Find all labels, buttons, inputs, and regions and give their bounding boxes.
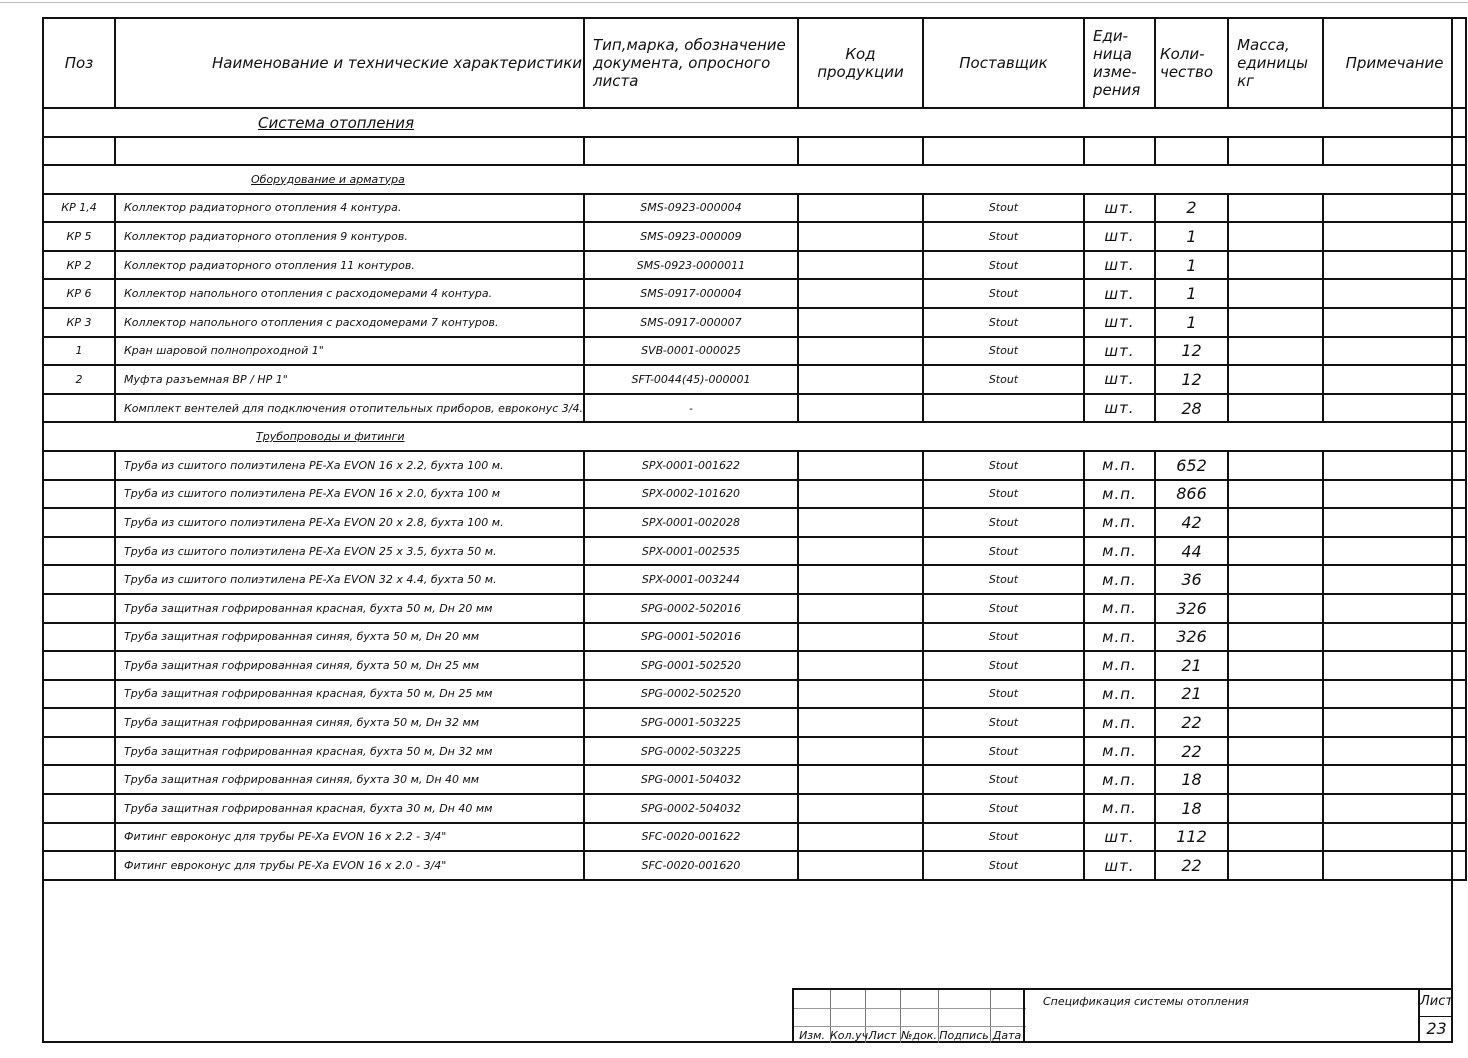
cell-mass bbox=[1228, 594, 1323, 623]
cell-pos bbox=[43, 794, 115, 823]
cell-mass bbox=[1228, 680, 1323, 709]
header-note: Примечание bbox=[1323, 18, 1466, 108]
cell-pos bbox=[43, 765, 115, 794]
cell-product-code bbox=[798, 708, 923, 737]
cell-qty: 22 bbox=[1155, 708, 1228, 737]
cell-supplier: Stout bbox=[923, 365, 1084, 394]
cell-qty: 21 bbox=[1155, 651, 1228, 680]
grid-line bbox=[794, 1008, 1026, 1009]
table-row: 1Кран шаровой полнопроходной 1"SVB-0001-… bbox=[43, 337, 1466, 366]
cell-pos: КР 1,4 bbox=[43, 194, 115, 223]
cell-unit: м.п. bbox=[1084, 737, 1155, 766]
table-row: Труба защитная гофрированная красная, бу… bbox=[43, 680, 1466, 709]
cell-qty: 18 bbox=[1155, 765, 1228, 794]
cell-note bbox=[1323, 337, 1466, 366]
cell-type: SMS-0917-000007 bbox=[584, 308, 798, 337]
cell-qty: 42 bbox=[1155, 508, 1228, 537]
header-qty: Коли- чество bbox=[1155, 18, 1228, 108]
cell-name: Труба защитная гофрированная красная, бу… bbox=[115, 794, 584, 823]
cell-note bbox=[1323, 565, 1466, 594]
cell-mass bbox=[1228, 651, 1323, 680]
cell-type: SPG-0001-503225 bbox=[584, 708, 798, 737]
cell-unit: шт. bbox=[1084, 851, 1155, 880]
table-row: Труба из сшитого полиэтилена PE-Xa EVON … bbox=[43, 537, 1466, 566]
revision-column-label: №док. bbox=[900, 1029, 938, 1042]
cell-note bbox=[1323, 480, 1466, 509]
system-title: Система отопления bbox=[258, 114, 414, 132]
grid-line bbox=[794, 1026, 1026, 1027]
cell-mass bbox=[1228, 365, 1323, 394]
cell-note bbox=[1323, 765, 1466, 794]
cell-type: SPX-0001-002028 bbox=[584, 508, 798, 537]
sheet-divider bbox=[1420, 1016, 1453, 1017]
cell-name: Коллектор радиаторного отопления 4 конту… bbox=[115, 194, 584, 223]
cell-unit: м.п. bbox=[1084, 708, 1155, 737]
cell-name: Коллектор радиаторного отопления 9 конту… bbox=[115, 222, 584, 251]
cell-unit: шт. bbox=[1084, 308, 1155, 337]
cell-name: Труба из сшитого полиэтилена PE-Xa EVON … bbox=[115, 480, 584, 509]
cell-pos bbox=[43, 537, 115, 566]
cell-pos: 2 bbox=[43, 365, 115, 394]
cell-type: SFT-0044(45)-000001 bbox=[584, 365, 798, 394]
cell-product-code bbox=[798, 680, 923, 709]
cell-name: Труба защитная гофрированная синяя, бухт… bbox=[115, 708, 584, 737]
revision-column-label: Дата bbox=[990, 1029, 1024, 1042]
header-code: Код продукции bbox=[798, 18, 923, 108]
cell-type: SFC-0020-001622 bbox=[584, 823, 798, 852]
cell-type: SPG-0002-503225 bbox=[584, 737, 798, 766]
cell-pos bbox=[43, 737, 115, 766]
cell-unit: шт. bbox=[1084, 279, 1155, 308]
revision-column-label: Изм. bbox=[794, 1029, 830, 1042]
cell-qty: 36 bbox=[1155, 565, 1228, 594]
cell-supplier: Stout bbox=[923, 337, 1084, 366]
table-row: КР 1,4Коллектор радиаторного отопления 4… bbox=[43, 194, 1466, 223]
cell-name: Коллектор радиаторного отопления 11 конт… bbox=[115, 251, 584, 280]
cell-name: Труба защитная гофрированная синяя, бухт… bbox=[115, 765, 584, 794]
cell-qty: 22 bbox=[1155, 737, 1228, 766]
cell-supplier: Stout bbox=[923, 451, 1084, 480]
cell-supplier: Stout bbox=[923, 480, 1084, 509]
cell-qty: 44 bbox=[1155, 537, 1228, 566]
cell-pos bbox=[43, 623, 115, 652]
cell-note bbox=[1323, 851, 1466, 880]
cell-note bbox=[1323, 365, 1466, 394]
cell-supplier: Stout bbox=[923, 222, 1084, 251]
cell-unit: шт. bbox=[1084, 222, 1155, 251]
cell-type: SPX-0001-002535 bbox=[584, 537, 798, 566]
cell-product-code bbox=[798, 737, 923, 766]
cell-mass bbox=[1228, 222, 1323, 251]
cell-product-code bbox=[798, 623, 923, 652]
section-title: Трубопроводы и фитинги bbox=[256, 430, 405, 443]
cell-mass bbox=[1228, 708, 1323, 737]
cell-name: Комплект вентелей для подключения отопит… bbox=[115, 394, 584, 423]
cell-unit: м.п. bbox=[1084, 651, 1155, 680]
cell-pos bbox=[43, 823, 115, 852]
cell-type: SVB-0001-000025 bbox=[584, 337, 798, 366]
cell-qty: 12 bbox=[1155, 337, 1228, 366]
cell-name: Кран шаровой полнопроходной 1" bbox=[115, 337, 584, 366]
cell-type: SPG-0002-504032 bbox=[584, 794, 798, 823]
sheet-number: 23 bbox=[1420, 1019, 1453, 1038]
cell-type: SMS-0917-000004 bbox=[584, 279, 798, 308]
sheet-box: Лист 23 bbox=[1418, 988, 1453, 1043]
cell-supplier: Stout bbox=[923, 308, 1084, 337]
table-header: Поз Наименование и технические характери… bbox=[43, 18, 1466, 108]
cell-product-code bbox=[798, 365, 923, 394]
cell-name: Труба из сшитого полиэтилена PE-Xa EVON … bbox=[115, 451, 584, 480]
cell-unit: шт. bbox=[1084, 337, 1155, 366]
cell-unit: м.п. bbox=[1084, 594, 1155, 623]
cell-type: SPG-0001-502520 bbox=[584, 651, 798, 680]
section-header-row: Трубопроводы и фитинги bbox=[43, 422, 1466, 451]
title-block: Изм.Кол.уч.Лист№док.ПодписьДата Специфик… bbox=[792, 988, 1453, 1043]
cell-product-code bbox=[798, 594, 923, 623]
cell-type: SFC-0020-001620 bbox=[584, 851, 798, 880]
cell-name: Фитинг евроконус для трубы PE-Xa EVON 16… bbox=[115, 823, 584, 852]
cell-product-code bbox=[798, 823, 923, 852]
cell-unit: м.п. bbox=[1084, 451, 1155, 480]
cell-pos bbox=[43, 651, 115, 680]
table-row: Труба защитная гофрированная синяя, бухт… bbox=[43, 651, 1466, 680]
cell-pos: КР 6 bbox=[43, 279, 115, 308]
cell-pos bbox=[43, 394, 115, 423]
cell-unit: м.п. bbox=[1084, 480, 1155, 509]
cell-qty: 2 bbox=[1155, 194, 1228, 223]
cell-supplier: Stout bbox=[923, 251, 1084, 280]
cell-unit: шт. bbox=[1084, 365, 1155, 394]
cell-supplier: Stout bbox=[923, 823, 1084, 852]
cell-product-code bbox=[798, 451, 923, 480]
table-row: Труба защитная гофрированная красная, бу… bbox=[43, 737, 1466, 766]
cell-qty: 652 bbox=[1155, 451, 1228, 480]
cell-type: SPG-0002-502016 bbox=[584, 594, 798, 623]
cell-supplier: Stout bbox=[923, 623, 1084, 652]
cell-type: SMS-0923-000004 bbox=[584, 194, 798, 223]
cell-unit: шт. bbox=[1084, 251, 1155, 280]
cell-unit: шт. bbox=[1084, 194, 1155, 223]
cell-note bbox=[1323, 222, 1466, 251]
system-title-row: Система отопления bbox=[43, 108, 1466, 137]
cell-product-code bbox=[798, 480, 923, 509]
cell-supplier: Stout bbox=[923, 708, 1084, 737]
cell-supplier: Stout bbox=[923, 794, 1084, 823]
cell-product-code bbox=[798, 194, 923, 223]
header-supplier: Поставщик bbox=[923, 18, 1084, 108]
cell-type: SPG-0001-504032 bbox=[584, 765, 798, 794]
cell-pos bbox=[43, 680, 115, 709]
table-row: 2Муфта разъемная ВР / НР 1"SFT-0044(45)-… bbox=[43, 365, 1466, 394]
cell-product-code bbox=[798, 308, 923, 337]
cell-name: Коллектор напольного отопления с расходо… bbox=[115, 279, 584, 308]
cell-mass bbox=[1228, 737, 1323, 766]
cell-supplier: Stout bbox=[923, 851, 1084, 880]
cell-type: SMS-0923-000009 bbox=[584, 222, 798, 251]
cell-mass bbox=[1228, 308, 1323, 337]
cell-unit: м.п. bbox=[1084, 765, 1155, 794]
table-row: КР 2Коллектор радиаторного отопления 11 … bbox=[43, 251, 1466, 280]
table-row: Труба из сшитого полиэтилена PE-Xa EVON … bbox=[43, 565, 1466, 594]
cell-note bbox=[1323, 194, 1466, 223]
cell-qty: 1 bbox=[1155, 279, 1228, 308]
cell-note bbox=[1323, 308, 1466, 337]
cell-product-code bbox=[798, 394, 923, 423]
table-row: Труба из сшитого полиэтилена PE-Xa EVON … bbox=[43, 508, 1466, 537]
cell-product-code bbox=[798, 651, 923, 680]
cell-note bbox=[1323, 251, 1466, 280]
cell-note bbox=[1323, 279, 1466, 308]
cell-type: SPX-0001-003244 bbox=[584, 565, 798, 594]
cell-unit: шт. bbox=[1084, 394, 1155, 423]
cell-pos bbox=[43, 565, 115, 594]
blank-row bbox=[43, 137, 1466, 165]
table-row: Труба защитная гофрированная красная, бу… bbox=[43, 594, 1466, 623]
cell-mass bbox=[1228, 623, 1323, 652]
cell-mass bbox=[1228, 851, 1323, 880]
table-row: Труба из сшитого полиэтилена PE-Xa EVON … bbox=[43, 480, 1466, 509]
cell-note bbox=[1323, 680, 1466, 709]
cell-mass bbox=[1228, 508, 1323, 537]
cell-pos bbox=[43, 594, 115, 623]
cell-supplier bbox=[923, 394, 1084, 423]
cell-name: Труба защитная гофрированная синяя, бухт… bbox=[115, 651, 584, 680]
cell-mass bbox=[1228, 279, 1323, 308]
table-row: Труба защитная гофрированная синяя, бухт… bbox=[43, 708, 1466, 737]
cell-unit: м.п. bbox=[1084, 508, 1155, 537]
cell-note bbox=[1323, 508, 1466, 537]
table-row: КР 6Коллектор напольного отопления с рас… bbox=[43, 279, 1466, 308]
cell-type: SPX-0001-001622 bbox=[584, 451, 798, 480]
revision-column-label: Подпись bbox=[938, 1029, 990, 1042]
cell-pos bbox=[43, 480, 115, 509]
cell-name: Труба защитная гофрированная синяя, бухт… bbox=[115, 623, 584, 652]
cell-supplier: Stout bbox=[923, 537, 1084, 566]
cell-note bbox=[1323, 708, 1466, 737]
cell-note bbox=[1323, 623, 1466, 652]
cell-mass bbox=[1228, 337, 1323, 366]
cell-supplier: Stout bbox=[923, 594, 1084, 623]
cell-supplier: Stout bbox=[923, 565, 1084, 594]
section-header-row: Оборудование и арматура bbox=[43, 165, 1466, 194]
cell-product-code bbox=[798, 851, 923, 880]
cell-product-code bbox=[798, 508, 923, 537]
revision-grid: Изм.Кол.уч.Лист№док.ПодписьДата bbox=[792, 988, 1024, 1043]
cell-pos bbox=[43, 451, 115, 480]
cell-supplier: Stout bbox=[923, 651, 1084, 680]
cell-qty: 326 bbox=[1155, 594, 1228, 623]
cell-mass bbox=[1228, 565, 1323, 594]
cell-type: - bbox=[584, 394, 798, 423]
cell-supplier: Stout bbox=[923, 279, 1084, 308]
cell-pos: КР 2 bbox=[43, 251, 115, 280]
cell-type: SMS-0923-0000011 bbox=[584, 251, 798, 280]
table-row: Фитинг евроконус для трубы PE-Xa EVON 16… bbox=[43, 851, 1466, 880]
cell-product-code bbox=[798, 537, 923, 566]
cell-pos bbox=[43, 508, 115, 537]
cell-name: Труба защитная гофрированная красная, бу… bbox=[115, 737, 584, 766]
sheet-label: Лист bbox=[1420, 994, 1453, 1009]
cell-qty: 18 bbox=[1155, 794, 1228, 823]
cell-unit: м.п. bbox=[1084, 794, 1155, 823]
cell-mass bbox=[1228, 823, 1323, 852]
cell-mass bbox=[1228, 251, 1323, 280]
cell-unit: м.п. bbox=[1084, 680, 1155, 709]
cell-mass bbox=[1228, 394, 1323, 423]
title-box: Спецификация системы отопления bbox=[1023, 988, 1420, 1043]
cell-unit: м.п. bbox=[1084, 565, 1155, 594]
cell-note bbox=[1323, 594, 1466, 623]
cell-supplier: Stout bbox=[923, 508, 1084, 537]
cell-mass bbox=[1228, 451, 1323, 480]
table-row: КР 3Коллектор напольного отопления с рас… bbox=[43, 308, 1466, 337]
header-pos: Поз bbox=[43, 18, 115, 108]
cell-type: SPX-0002-101620 bbox=[584, 480, 798, 509]
cell-pos: КР 5 bbox=[43, 222, 115, 251]
cell-qty: 28 bbox=[1155, 394, 1228, 423]
section-title: Оборудование и арматура bbox=[251, 173, 405, 186]
cell-qty: 112 bbox=[1155, 823, 1228, 852]
cell-note bbox=[1323, 823, 1466, 852]
cell-note bbox=[1323, 794, 1466, 823]
cell-name: Муфта разъемная ВР / НР 1" bbox=[115, 365, 584, 394]
cell-qty: 21 bbox=[1155, 680, 1228, 709]
cell-qty: 326 bbox=[1155, 623, 1228, 652]
cell-product-code bbox=[798, 794, 923, 823]
cell-qty: 866 bbox=[1155, 480, 1228, 509]
cell-product-code bbox=[798, 765, 923, 794]
cell-supplier: Stout bbox=[923, 765, 1084, 794]
table-row: Труба защитная гофрированная синяя, бухт… bbox=[43, 765, 1466, 794]
header-type: Тип,марка, обозначение документа, опросн… bbox=[584, 18, 798, 108]
cell-name: Фитинг евроконус для трубы PE-Xa EVON 16… bbox=[115, 851, 584, 880]
cell-mass bbox=[1228, 765, 1323, 794]
document-title: Спецификация системы отопления bbox=[1043, 995, 1249, 1008]
cell-name: Труба защитная гофрированная красная, бу… bbox=[115, 680, 584, 709]
cell-note bbox=[1323, 451, 1466, 480]
cell-note bbox=[1323, 394, 1466, 423]
cell-unit: шт. bbox=[1084, 823, 1155, 852]
cell-qty: 1 bbox=[1155, 308, 1228, 337]
cell-mass bbox=[1228, 480, 1323, 509]
page-top-rule bbox=[0, 2, 1468, 3]
cell-type: SPG-0001-502016 bbox=[584, 623, 798, 652]
table-row: Фитинг евроконус для трубы PE-Xa EVON 16… bbox=[43, 823, 1466, 852]
cell-supplier: Stout bbox=[923, 194, 1084, 223]
cell-unit: м.п. bbox=[1084, 623, 1155, 652]
cell-qty: 22 bbox=[1155, 851, 1228, 880]
cell-name: Труба из сшитого полиэтилена PE-Xa EVON … bbox=[115, 537, 584, 566]
cell-name: Коллектор напольного отопления с расходо… bbox=[115, 308, 584, 337]
cell-name: Труба из сшитого полиэтилена PE-Xa EVON … bbox=[115, 508, 584, 537]
cell-product-code bbox=[798, 222, 923, 251]
cell-note bbox=[1323, 537, 1466, 566]
cell-mass bbox=[1228, 794, 1323, 823]
cell-pos: 1 bbox=[43, 337, 115, 366]
cell-name: Труба из сшитого полиэтилена PE-Xa EVON … bbox=[115, 565, 584, 594]
cell-qty: 1 bbox=[1155, 222, 1228, 251]
cell-supplier: Stout bbox=[923, 737, 1084, 766]
specification-table: Поз Наименование и технические характери… bbox=[42, 17, 1467, 881]
cell-mass bbox=[1228, 537, 1323, 566]
cell-qty: 12 bbox=[1155, 365, 1228, 394]
cell-pos bbox=[43, 708, 115, 737]
cell-pos bbox=[43, 851, 115, 880]
revision-column-label: Кол.уч. bbox=[830, 1029, 865, 1042]
cell-unit: м.п. bbox=[1084, 537, 1155, 566]
header-mass: Масса, единицы кг bbox=[1228, 18, 1323, 108]
table-row: КР 5Коллектор радиаторного отопления 9 к… bbox=[43, 222, 1466, 251]
table-row: Труба защитная гофрированная синяя, бухт… bbox=[43, 623, 1466, 652]
table-row: Труба из сшитого полиэтилена PE-Xa EVON … bbox=[43, 451, 1466, 480]
cell-type: SPG-0002-502520 bbox=[584, 680, 798, 709]
cell-supplier: Stout bbox=[923, 680, 1084, 709]
cell-note bbox=[1323, 737, 1466, 766]
cell-product-code bbox=[798, 279, 923, 308]
cell-product-code bbox=[798, 565, 923, 594]
cell-pos: КР 3 bbox=[43, 308, 115, 337]
cell-product-code bbox=[798, 337, 923, 366]
cell-product-code bbox=[798, 251, 923, 280]
header-unit: Еди- ница изме- рения bbox=[1084, 18, 1155, 108]
table-row: Комплект вентелей для подключения отопит… bbox=[43, 394, 1466, 423]
cell-note bbox=[1323, 651, 1466, 680]
cell-name: Труба защитная гофрированная красная, бу… bbox=[115, 594, 584, 623]
revision-column-label: Лист bbox=[865, 1029, 900, 1042]
table-row: Труба защитная гофрированная красная, бу… bbox=[43, 794, 1466, 823]
cell-qty: 1 bbox=[1155, 251, 1228, 280]
header-name: Наименование и технические характеристик… bbox=[115, 18, 584, 108]
cell-mass bbox=[1228, 194, 1323, 223]
